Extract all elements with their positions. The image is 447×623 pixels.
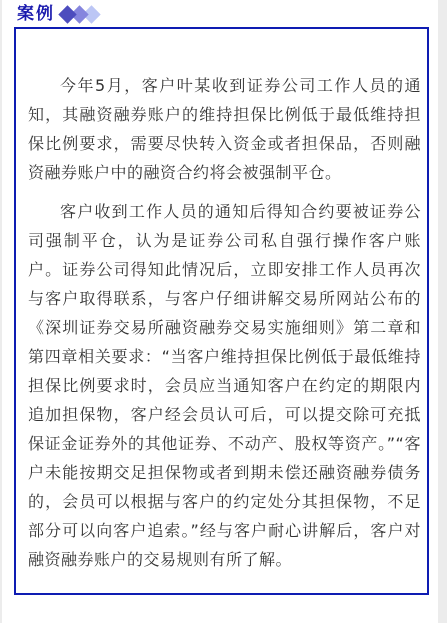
- case-content-box: 今年5月，客户叶某收到证券公司工作人员的通知，其融资融券账户的维持担保比例低于最…: [14, 27, 429, 595]
- section-header: 案例: [17, 2, 98, 26]
- section-title: 案例: [17, 3, 55, 25]
- diamond-dark-icon: [58, 5, 76, 23]
- triple-diamond-icon: [61, 4, 98, 24]
- case-paragraph-2: 客户收到工作人员的通知后得知合约要被证券公司强制平仓，认为是证券公司私自强行操作…: [28, 197, 421, 574]
- case-paragraph-1: 今年5月，客户叶某收到证券公司工作人员的通知，其融资融券账户的维持担保比例低于最…: [28, 71, 421, 187]
- article-page: 案例 今年5月，客户叶某收到证券公司工作人员的通知，其融资融券账户的维持担保比例…: [2, 0, 438, 623]
